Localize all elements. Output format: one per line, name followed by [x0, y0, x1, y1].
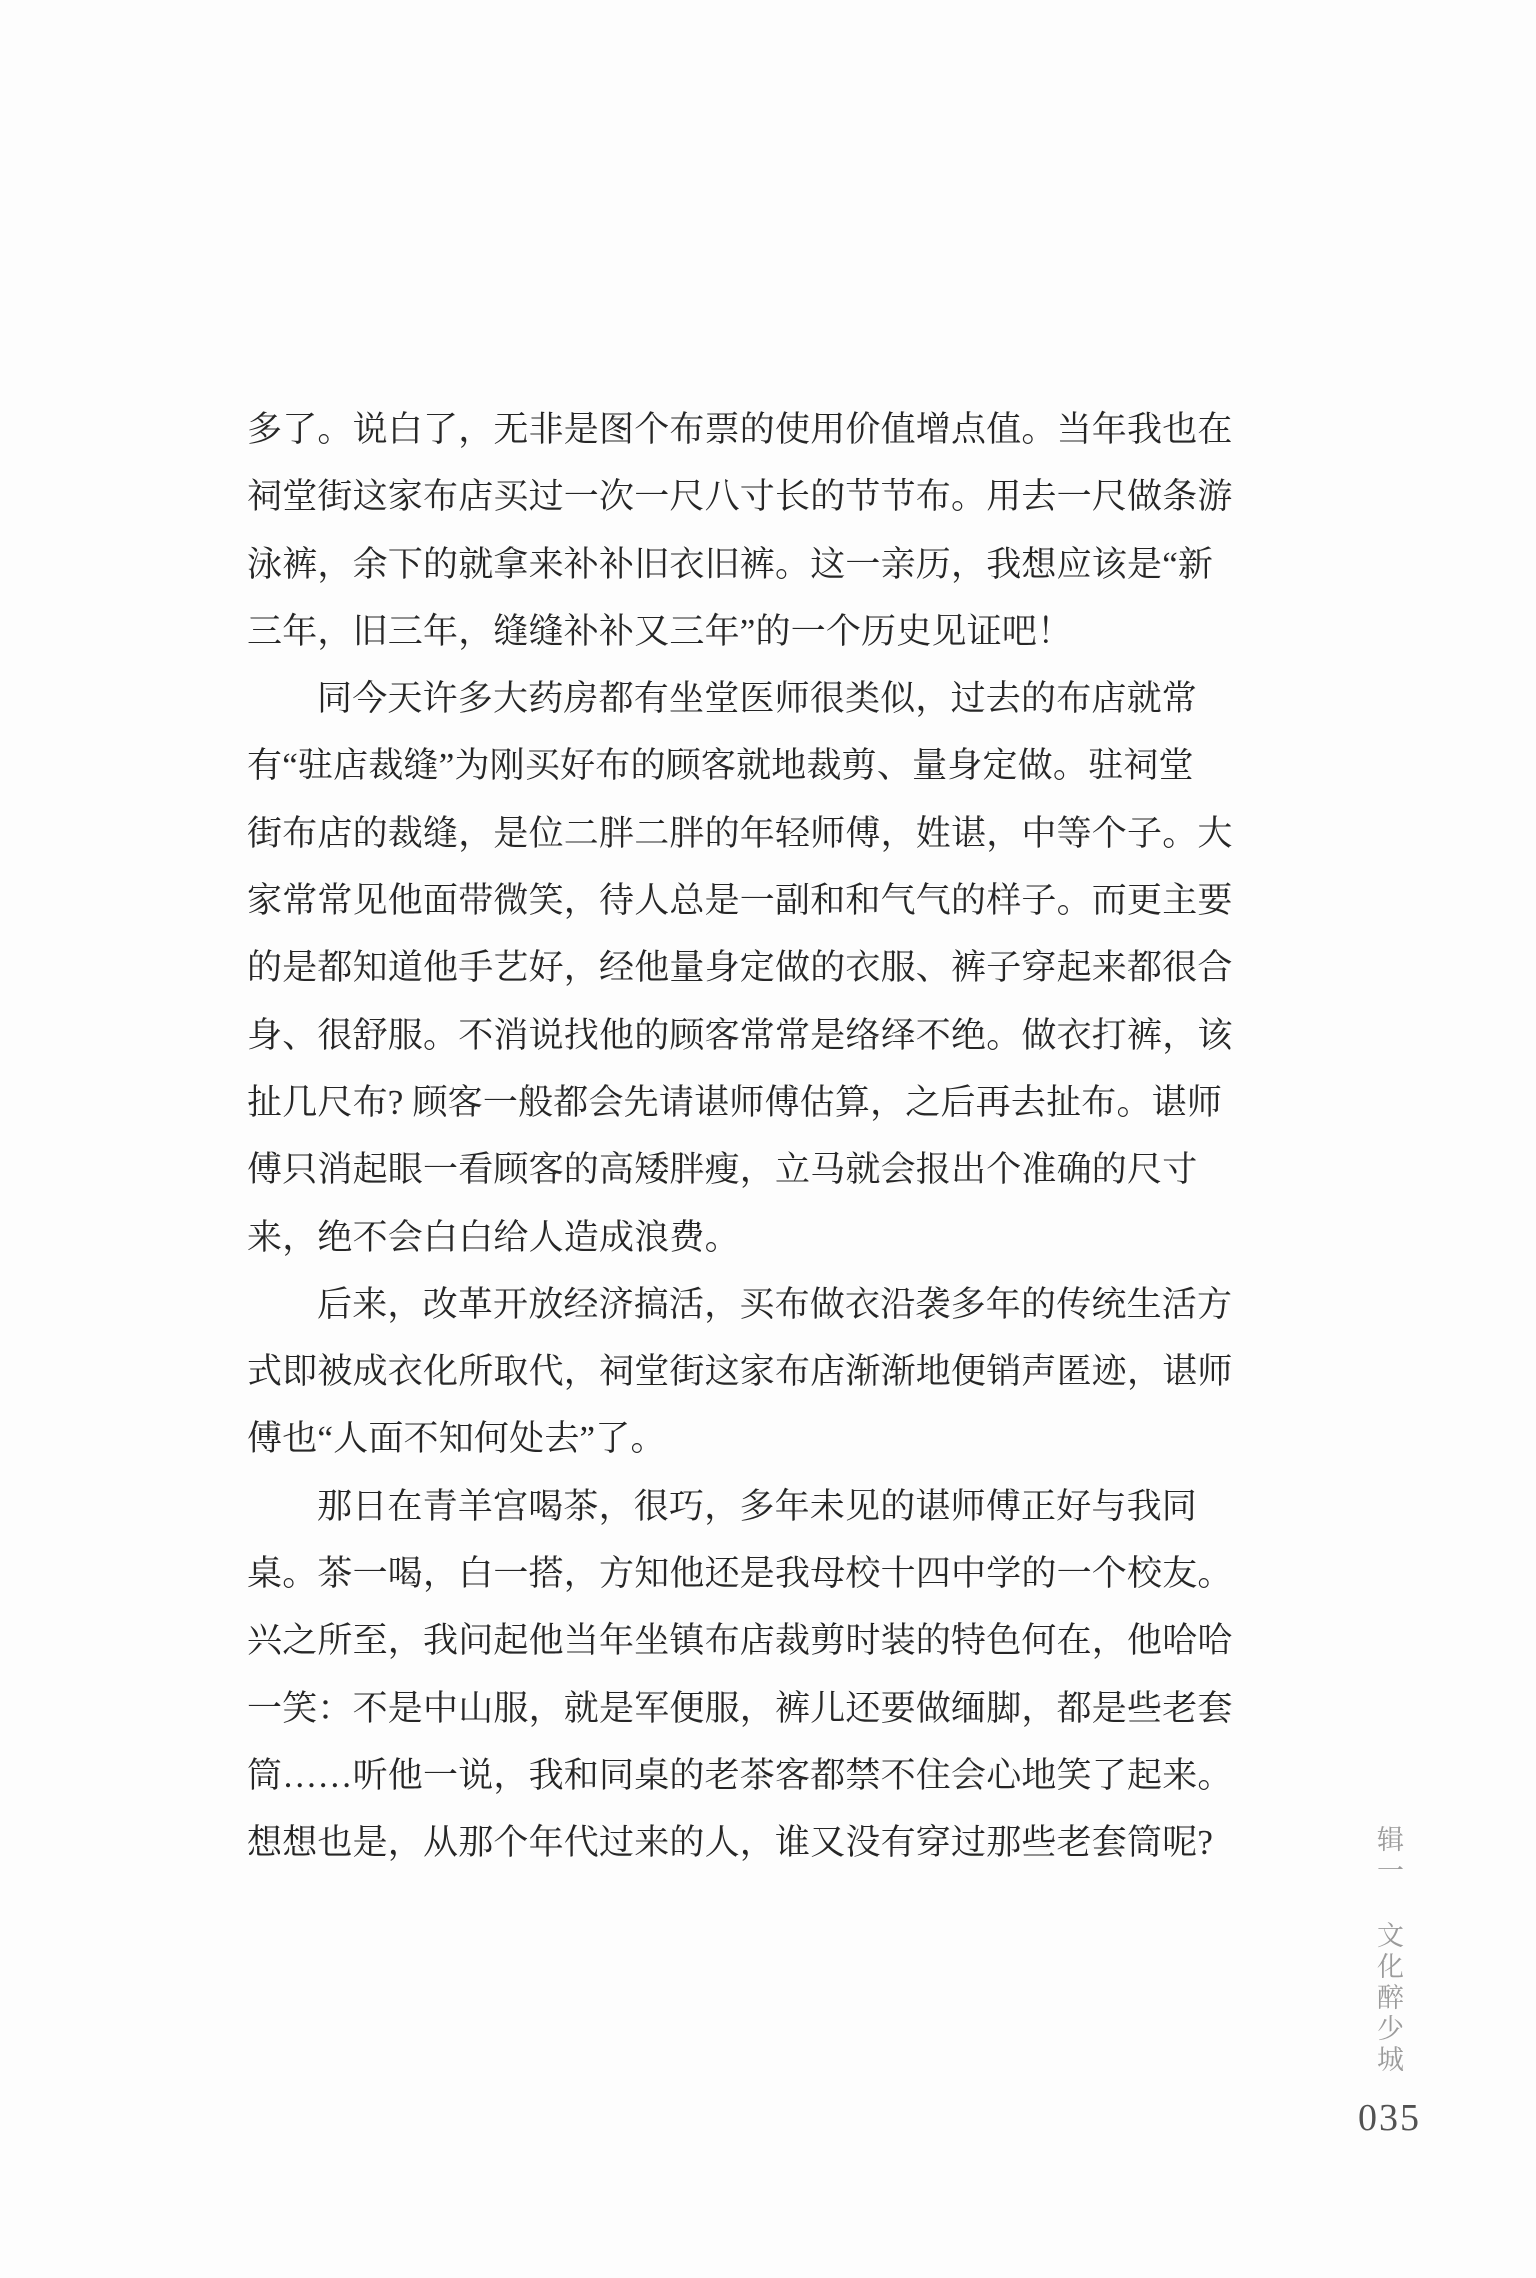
text-line: 后来，改革开放经济搞活，买布做衣沿袭多年的传统生活方: [247, 1271, 1257, 1338]
text-line: 三年，旧三年，缝缝补补又三年”的一个历史见证吧！: [247, 598, 1257, 665]
text-line: 多了。说白了，无非是图个布票的使用价值增点值。当年我也在: [247, 396, 1257, 463]
text-line: 祠堂街这家布店买过一次一尺八寸长的节节布。用去一尺做条游: [247, 463, 1257, 530]
text-line: 有“驻店裁缝”为刚买好布的顾客就地裁剪、量身定做。驻祠堂: [247, 732, 1257, 799]
text-line: 的是都知道他手艺好，经他量身定做的衣服、裤子穿起来都很合: [247, 934, 1257, 1001]
text-line: 街布店的裁缝，是位二胖二胖的年轻师傅，姓谌，中等个子。大: [247, 800, 1257, 867]
text-line: 筒……听他一说，我和同桌的老茶客都禁不住会心地笑了起来。: [247, 1742, 1257, 1809]
text-line: 泳裤，余下的就拿来补补旧衣旧裤。这一亲历，我想应该是“新: [247, 531, 1257, 598]
text-line: 身、很舒服。不消说找他的顾客常常是络绎不绝。做衣打裤，该: [247, 1002, 1257, 1069]
text-line: 同今天许多大药房都有坐堂医师很类似，过去的布店就常: [247, 665, 1257, 732]
book-page: 多了。说白了，无非是图个布票的使用价值增点值。当年我也在 祠堂街这家布店买过一次…: [0, 0, 1536, 2278]
text-line: 桌。茶一喝，白一搭，方知他还是我母校十四中学的一个校友。: [247, 1540, 1257, 1607]
margin-caption: 辑一文化醉少城: [1372, 1825, 1404, 2085]
series-title: 文化醉少城: [1373, 1921, 1403, 2076]
text-line: 扯几尺布? 顾客一般都会先请谌师傅估算，之后再去扯布。谌师: [247, 1069, 1257, 1136]
page-number: 035: [1358, 2096, 1421, 2140]
text-line: 家常常见他面带微笑，待人总是一副和和气气的样子。而更主要: [247, 867, 1257, 934]
body-text-block: 多了。说白了，无非是图个布票的使用价值增点值。当年我也在 祠堂街这家布店买过一次…: [247, 396, 1257, 1877]
text-line: 傅只消起眼一看顾客的高矮胖瘦，立马就会报出个准确的尺寸: [247, 1136, 1257, 1203]
text-line: 式即被成衣化所取代，祠堂街这家布店渐渐地便销声匿迹，谌师: [247, 1338, 1257, 1405]
text-line: 那日在青羊宫喝茶，很巧，多年未见的谌师傅正好与我同: [247, 1473, 1257, 1540]
text-line: 想想也是，从那个年代过来的人，谁又没有穿过那些老套筒呢?: [247, 1809, 1257, 1876]
text-line: 傅也“人面不知何处去”了。: [247, 1405, 1257, 1472]
text-line: 一笑：不是中山服，就是军便服，裤儿还要做缅脚，都是些老套: [247, 1675, 1257, 1742]
collection-label: 辑一: [1373, 1825, 1403, 1887]
text-line: 来，绝不会白白给人造成浪费。: [247, 1204, 1257, 1271]
text-line: 兴之所至，我问起他当年坐镇布店裁剪时装的特色何在，他哈哈: [247, 1607, 1257, 1674]
